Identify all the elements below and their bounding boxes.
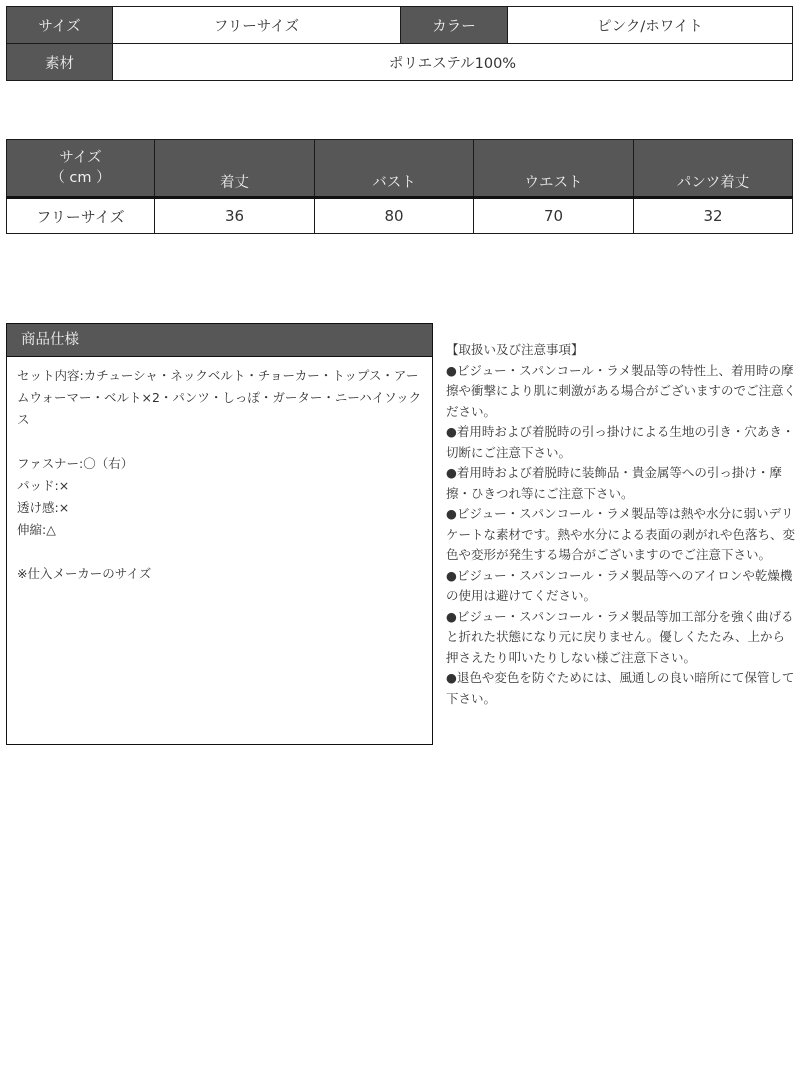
table-row: フリーサイズ 36 80 70 32 — [7, 198, 793, 234]
fastener-info: ファスナー:〇（右） — [17, 453, 422, 475]
column-header-waist: ウエスト — [474, 140, 634, 198]
size-table-header: サイズ （ cm ） 着丈 バスト ウエスト パンツ着丈 — [7, 140, 793, 198]
size-value: フリーサイズ — [113, 7, 401, 44]
material-value: ポリエステル100% — [113, 44, 793, 81]
color-label: カラー — [401, 7, 508, 44]
column-header-bust: バスト — [315, 140, 474, 198]
care-notes: 【取扱い及び注意事項】 ●ビジュー・スパンコール・ラメ製品等の特性上、着用時の摩… — [446, 340, 796, 709]
pad-info: パッド:× — [17, 475, 422, 497]
material-label: 素材 — [7, 44, 113, 81]
column-header-pants-length: パンツ着丈 — [634, 140, 793, 198]
care-note-item: ●退色や変色を防ぐためには、風通しの良い暗所にて保管して下さい。 — [446, 668, 796, 709]
care-note-item: ●ビジュー・スパンコール・ラメ製品等は熱や水分に弱いデリケートな素材です。熱や水… — [446, 504, 796, 566]
sheerness-info: 透け感:× — [17, 497, 422, 519]
cell-pants-length: 32 — [634, 198, 793, 234]
size-table: サイズ （ cm ） 着丈 バスト ウエスト パンツ着丈 フリーサイズ 36 8… — [6, 139, 793, 234]
color-value: ピンク/ホワイト — [508, 7, 793, 44]
size-header-unit: （ cm ） — [7, 168, 154, 188]
care-note-item: ●ビジュー・スパンコール・ラメ製品等の特性上、着用時の摩擦や衝撃により肌に刺激が… — [446, 361, 796, 423]
row-size: フリーサイズ — [7, 198, 155, 234]
care-note-item: ●ビジュー・スパンコール・ラメ製品等加工部分を強く曲げると折れた状態になり元に戻… — [446, 607, 796, 669]
product-spec-body: セット内容:カチューシャ・ネックベルト・チョーカー・トップス・アームウォーマー・… — [7, 357, 432, 593]
size-source-note: ※仕入メーカーのサイズ — [17, 563, 422, 585]
size-header: サイズ （ cm ） — [7, 140, 155, 198]
care-note-item: ●着用時および着脱時の引っ掛けによる生地の引き・穴あき・切断にご注意下さい。 — [446, 422, 796, 463]
basic-info-table: サイズ フリーサイズ カラー ピンク/ホワイト 素材 ポリエステル100% — [6, 6, 793, 81]
spacer — [17, 541, 422, 563]
product-spec-panel: 商品仕様 セット内容:カチューシャ・ネックベルト・チョーカー・トップス・アームウ… — [6, 323, 433, 745]
basic-info-row-size-color: サイズ フリーサイズ カラー ピンク/ホワイト — [7, 7, 793, 44]
size-label: サイズ — [7, 7, 113, 44]
cell-bust: 80 — [315, 198, 474, 234]
spacer — [17, 431, 422, 453]
product-spec-title: 商品仕様 — [7, 324, 432, 357]
size-header-label: サイズ — [7, 148, 154, 168]
cell-length: 36 — [155, 198, 315, 234]
column-header-length: 着丈 — [155, 140, 315, 198]
stretch-info: 伸縮:△ — [17, 519, 422, 541]
set-contents: セット内容:カチューシャ・ネックベルト・チョーカー・トップス・アームウォーマー・… — [17, 365, 422, 431]
basic-info-row-material: 素材 ポリエステル100% — [7, 44, 793, 81]
cell-waist: 70 — [474, 198, 634, 234]
care-notes-title: 【取扱い及び注意事項】 — [446, 340, 796, 361]
care-note-item: ●着用時および着脱時に装飾品・貴金属等への引っ掛け・摩擦・ひきつれ等にご注意下さ… — [446, 463, 796, 504]
care-note-item: ●ビジュー・スパンコール・ラメ製品等へのアイロンや乾燥機の使用は避けてください。 — [446, 566, 796, 607]
